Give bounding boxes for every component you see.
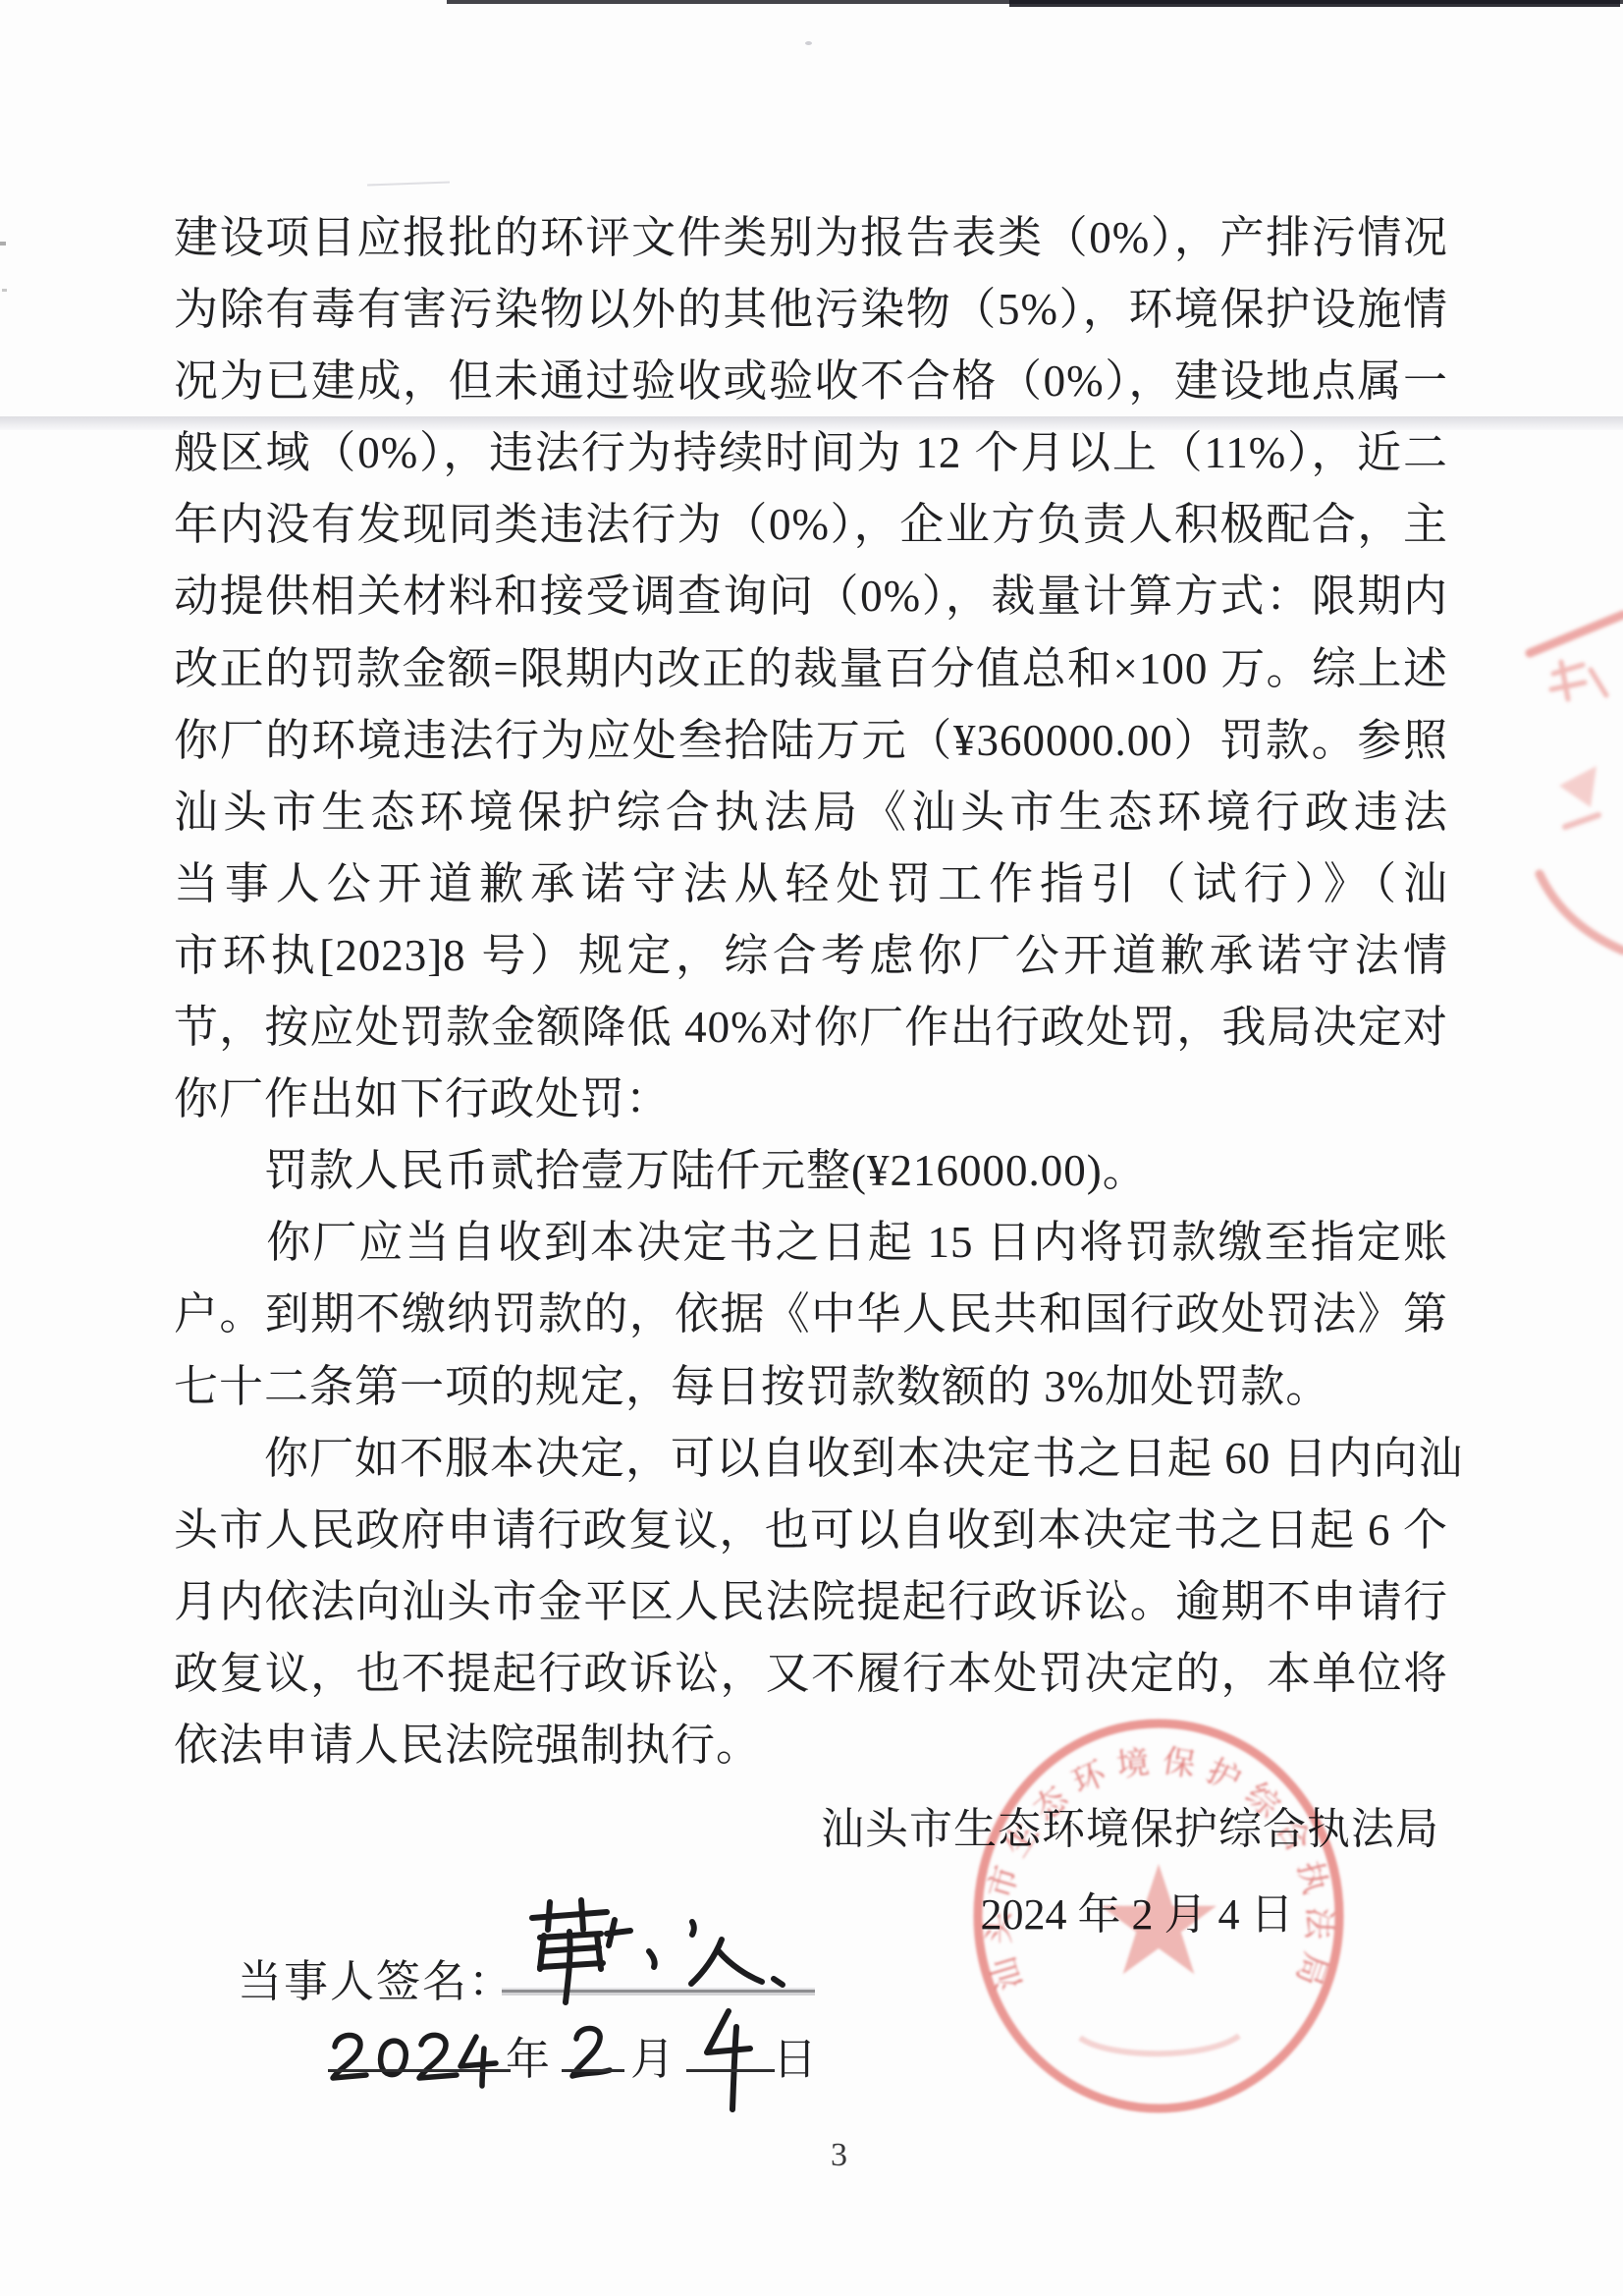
signatory-label: 当事人签名： [238, 1945, 514, 2009]
body-line: 月内依法向汕头市金平区人民法院提起行政诉讼。逾期不申请行 [174, 1566, 1448, 1638]
date-year-underline [328, 2069, 511, 2072]
body-line: 七十二条第一项的规定，每日按罚款数额的 3%加处罚款。 [174, 1351, 1448, 1423]
official-seal-stamp: 汕头市生态环境保护综合执法局 [962, 1714, 1355, 2118]
body-line: 改正的罚款金额=限期内改正的裁量百分值总和×100 万。综上述 [174, 633, 1448, 705]
day-suffix-label: 日 [773, 2023, 817, 2087]
body-line: 为除有毒有害污染物以外的其他污染物（5%），环境保护设施情 [174, 274, 1448, 346]
body-line: 年内没有发现同类违法行为（0%），企业方负责人积极配合，主 [174, 489, 1448, 561]
scan-artifact-speck [805, 41, 812, 45]
body-text: 建设项目应报批的环评文件类别为报告表类（0%），产排污情况为除有毒有害污染物以外… [174, 202, 1448, 1781]
body-line: 户。到期不缴纳罚款的，依据《中华人民共和国行政处罚法》第 [174, 1279, 1448, 1350]
handwritten-day [699, 2005, 760, 2115]
year-suffix-label: 年 [506, 2023, 550, 2087]
body-line: 你厂应当自收到本决定书之日起 15 日内将罚款缴至指定账 [174, 1207, 1448, 1279]
scan-artifact-top-edge-dark [1009, 0, 1620, 7]
body-line: 建设项目应报批的环评文件类别为报告表类（0%），产排污情况 [174, 202, 1448, 274]
date-day-underline [686, 2069, 775, 2072]
body-line: 动提供相关材料和接受调查询问（0%），裁量计算方式：限期内 [174, 561, 1448, 632]
body-line: 当事人公开道歉承诺守法从轻处罚工作指引（试行）》（汕 [174, 848, 1448, 920]
body-line: 汕头市生态环境保护综合执法局《汕头市生态环境行政违法 [174, 777, 1448, 848]
date-month-underline [562, 2069, 624, 2072]
body-line: 你厂作出如下行政处罚： [174, 1064, 1448, 1135]
body-line: 政复议，也不提起行政诉讼，又不履行本处罚决定的，本单位将 [174, 1638, 1448, 1710]
body-line: 罚款人民币贰拾壹万陆仟元整(¥216000.00)。 [174, 1135, 1448, 1207]
body-line: 你厂如不服本决定，可以自收到本决定书之日起 60 日内向汕 [174, 1423, 1448, 1495]
handwritten-month [565, 2021, 616, 2088]
body-line: 节，按应处罚款金额降低 40%对你厂作出行政处罚，我局决定对 [174, 992, 1448, 1064]
page-number: 3 [831, 2137, 847, 2174]
body-line: 头市人民政府申请行政复议，也可以自收到本决定书之日起 6 个 [174, 1495, 1448, 1566]
body-line: 般区域（0%），违法行为持续时间为 12 个月以上（11%），近二 [174, 417, 1448, 489]
scan-artifact-speck [0, 242, 6, 246]
scan-artifact-scratch [367, 182, 450, 187]
partial-stamp-edge-fragment [1500, 579, 1623, 972]
handwritten-signature [511, 1890, 805, 2010]
scan-artifact-speck [2, 289, 7, 292]
handwritten-year [327, 2029, 509, 2090]
scanned-document-page: 建设项目应报批的环评文件类别为报告表类（0%），产排污情况为除有毒有害污染物以外… [0, 0, 1623, 2296]
month-suffix-label: 月 [630, 2023, 675, 2087]
body-line: 你厂的环境违法行为应处叁拾陆万元（¥360000.00）罚款。参照 [174, 705, 1448, 777]
body-line: 况为已建成，但未通过验收或验收不合格（0%），建设地点属一 [174, 346, 1448, 417]
body-line: 市环执[2023]8 号）规定，综合考虑你厂公开道歉承诺守法情 [174, 920, 1448, 992]
seal-star-icon [1101, 1864, 1217, 1974]
